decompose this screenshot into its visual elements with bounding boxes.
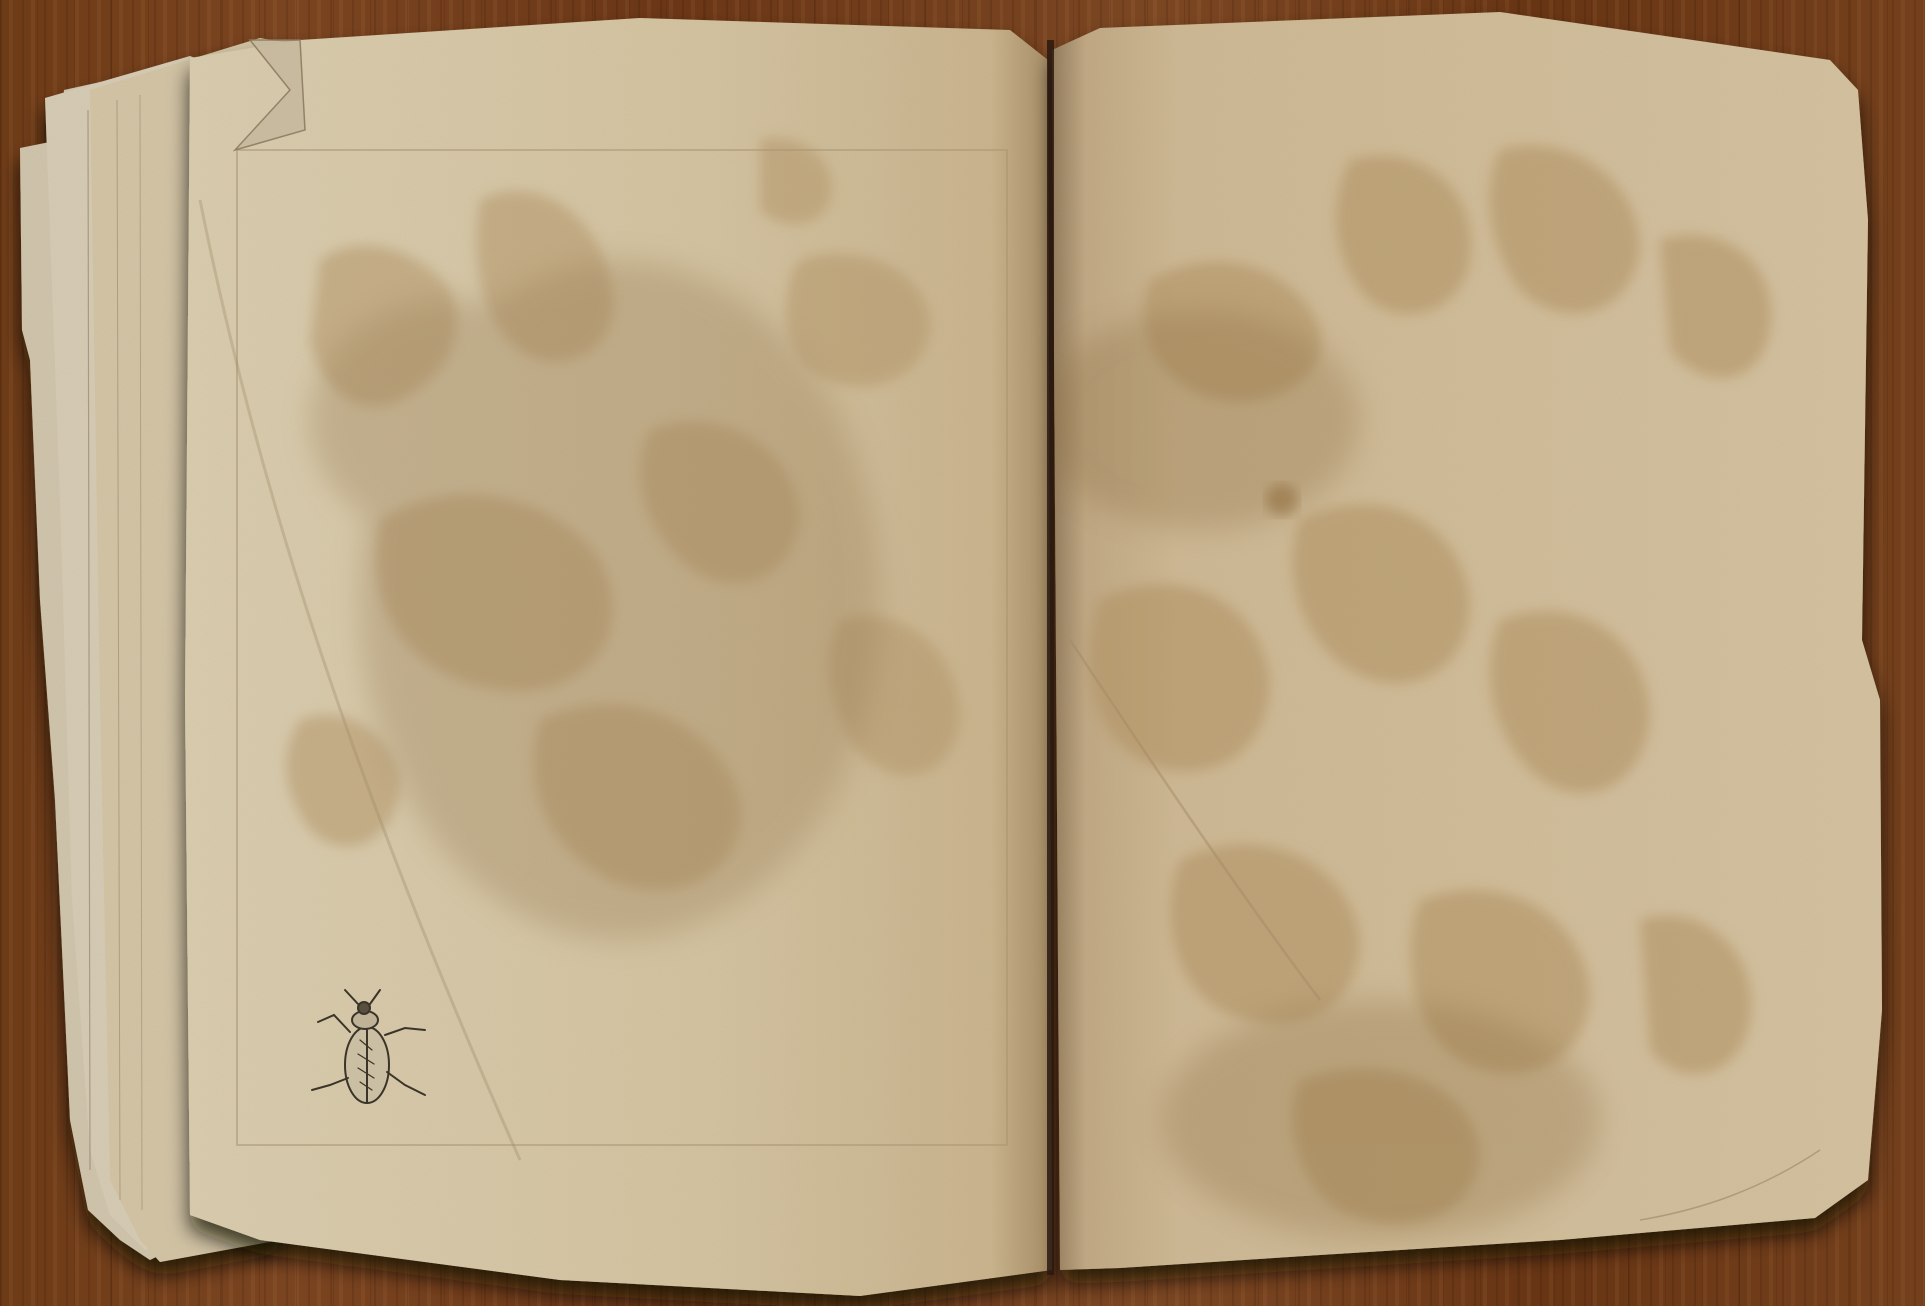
open-book-photo [0, 0, 1925, 1306]
book-gutter [1047, 40, 1054, 1275]
